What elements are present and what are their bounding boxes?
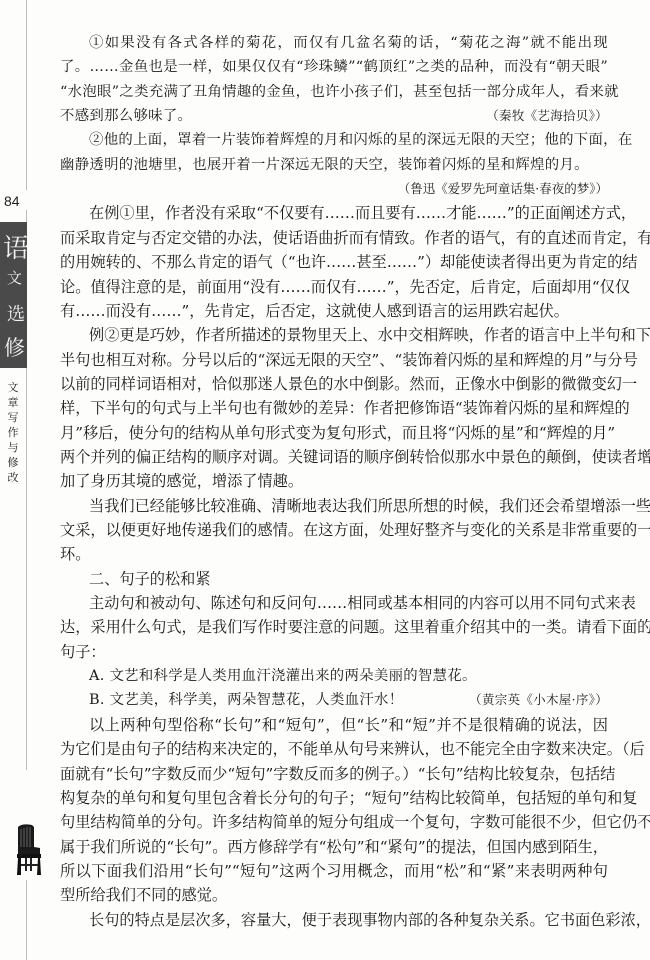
line-text: “水泡眼”之类充满了丑角情趣的金鱼，也许小孩子们，甚至包括一部分成年人，看来就	[60, 84, 619, 100]
margin-rule-top	[26, 0, 27, 190]
text-line: 长句的特点是层次多，容量大，便于表现事物内部的各种复杂关系。它书面色彩浓，	[60, 910, 608, 930]
subtitle-char: 改	[6, 470, 20, 485]
line-text: 面就有“长句”字数反而少“短句”字数反而多的例子。）“长句”结构比较复杂，包括结	[60, 765, 615, 783]
line-text: 当我们已经能够比较准确、清晰地表达我们所思所想的时候，我们还会希望增添一些	[89, 497, 650, 515]
citation: （黄宗英《小木屋·序》）	[469, 690, 608, 710]
text-line: 主动句和被动句、陈述句和反问句……相同或基本相同的内容可以用不同句式来表	[60, 593, 608, 613]
text-line: 文采，以便更好地传递我们的感情。在这方面，处理好整齐与变化的关系是非常重要的一	[60, 520, 608, 540]
chair-icon	[12, 823, 44, 877]
text-line: 达，采用什么句式，是我们写作时要注意的问题。这里着重介绍其中的一类。请看下面的	[60, 617, 608, 637]
line-text: 样，下半句的句式与上半句也有微妙的差异：作者把修饰语“装饰着闪烁的星和辉煌的	[60, 399, 630, 417]
book-title-char: 文	[7, 267, 22, 288]
line-text: 文采，以便更好地传递我们的感情。在这方面，处理好整齐与变化的关系是非常重要的一	[60, 521, 650, 539]
line-text: 为它们是由句子的结构来决定的，不能单从句号来辨认，也不能完全由字数来决定。（后	[60, 740, 645, 758]
line-text: 属于我们所说的“长句”。西方修辞学有“松句”和“紧句”的提法，但国内感到陌生，	[60, 838, 608, 856]
line-text: 了。……金鱼也是一样，如果仅仅有“珍珠鳞”“鹤顶红”之类的品种，而没有“朝天眼”	[60, 59, 608, 75]
text-line: 型所给我们不同的感觉。	[60, 885, 608, 905]
text-line: 构复杂的单句和复句里包含着长分句的句子；“短句”结构比较简单，包括短的单句和复	[60, 788, 608, 808]
line-text: 在例①里，作者没有采取“不仅要有……而且要有……才能……”的正面阐述方式，	[89, 204, 636, 222]
line-text: 月”移后，使分句的结构从单句形式变为复句形式，而且将“闪烁的星”和“辉煌的月”	[60, 424, 615, 442]
line-text: 环。	[60, 545, 90, 563]
line-text: 二、句子的松和紧	[89, 570, 211, 588]
line-text: 以前的同样词语相对，恰似那迷人景色的水中倒影。然而，正像水中倒影的微微变幻一	[60, 375, 637, 393]
text-line: 论。值得注意的是，前面用“没有……而仅有……”，先否定，后肯定，后面却用“仅仅	[60, 277, 608, 297]
line-text: 主动句和被动句、陈述句和反问句……相同或基本相同的内容可以用不同句式来表	[89, 594, 636, 612]
text-line: 当我们已经能够比较准确、清晰地表达我们所思所想的时候，我们还会希望增添一些	[60, 496, 608, 516]
line-text: 长句的特点是层次多，容量大，便于表现事物内部的各种复杂关系。它书面色彩浓，	[89, 911, 650, 929]
book-title-char: 语	[3, 228, 29, 265]
line-text: 的用婉转的、不那么肯定的语气（“也许……甚至……”）却能使读者得出更为肯定的结	[60, 253, 637, 271]
line-text: 构复杂的单句和复句里包含着长分句的句子；“短句”结构比较简单，包括短的单句和复	[60, 789, 637, 807]
line-text: 句子：	[60, 643, 106, 661]
text-line: 月”移后，使分句的结构从单句形式变为复句形式，而且将“闪烁的星”和“辉煌的月”	[60, 423, 608, 443]
text-line: 在例①里，作者没有采取“不仅要有……而且要有……才能……”的正面阐述方式，	[60, 203, 608, 223]
line-text: 例②更是巧妙，作者所描述的景物里天上、水中交相辉映，作者的语言中上半句和下	[89, 326, 650, 344]
page-number: 84	[4, 193, 20, 209]
line-text: ②他的上面，罩着一片装饰着辉煌的月和闪烁的星的深远无限的天空；他的下面，在	[89, 132, 633, 148]
text-line: B. 文艺美，科学美，两朵智慧花，人类血汗水！（黄宗英《小木屋·序》）	[60, 690, 608, 710]
text-line: 以前的同样词语相对，恰似那迷人景色的水中倒影。然而，正像水中倒影的微微变幻一	[60, 374, 608, 394]
line-text: 有……而没有……”，先肯定，后否定，这就使人感到语言的运用跌宕起伏。	[60, 302, 569, 320]
line-text: B. 文艺美，科学美，两朵智慧花，人类血汗水！	[89, 692, 403, 708]
text-line: 了。……金鱼也是一样，如果仅仅有“珍珠鳞”“鹤顶红”之类的品种，而没有“朝天眼”	[60, 57, 608, 77]
text-line: 的用婉转的、不那么肯定的语气（“也许……甚至……”）却能使读者得出更为肯定的结	[60, 252, 608, 272]
text-line: 例②更是巧妙，作者所描述的景物里天上、水中交相辉映，作者的语言中上半句和下	[60, 325, 608, 345]
text-line: ②他的上面，罩着一片装饰着辉煌的月和闪烁的星的深远无限的天空；他的下面，在	[60, 130, 608, 150]
text-line: 两个并列的偏正结构的顺序对调。关键词语的顺序倒转恰似那水中景色的颠倒，使读者增	[60, 447, 608, 467]
text-line: 句子：	[60, 642, 608, 662]
line-text: 半句也相互对称。分号以后的“深远无限的天空”、“装饰着闪烁的星和辉煌的月”与分号	[60, 351, 638, 369]
book-title-char: 修	[4, 332, 25, 362]
line-text: 加了身历其境的感觉，增添了情趣。	[60, 472, 303, 490]
citation: （秦牧《艺海拾贝》）	[486, 106, 608, 126]
line-text: 以上两种句型俗称“长句”和“短句”，但“长”和“短”并不是很精确的说法，因	[89, 716, 608, 734]
line-text: 达，采用什么句式，是我们写作时要注意的问题。这里着重介绍其中的一类。请看下面的	[60, 618, 650, 636]
subtitle-char: 与	[6, 440, 20, 455]
line-text: ①如果没有各式各样的菊花，而仅有几盆名菊的话，“菊花之海”就不能出现	[89, 35, 608, 51]
text-line: 不感到那么够味了。（秦牧《艺海拾贝》）	[60, 106, 608, 126]
text-line: 加了身历其境的感觉，增添了情趣。	[60, 471, 608, 491]
text-line: 句里结构简单的分句。许多结构简单的短分句组成一个复句，字数可能很不少，但它仍不	[60, 812, 608, 832]
text-line: 所以下面我们沿用“长句”“短句”这两个习用概念，而用“松”和“紧”来表明两种句	[60, 861, 608, 881]
section-subtitle-vertical: 文 章 写 作 与 修 改	[6, 380, 20, 485]
subtitle-char: 写	[6, 410, 20, 425]
text-line: 幽静透明的池塘里，也展开着一片深远无限的天空，装饰着闪烁的星和辉煌的月。	[60, 155, 608, 175]
line-text: 所以下面我们沿用“长句”“短句”这两个习用概念，而用“松”和“紧”来表明两种句	[60, 862, 608, 880]
text-line: 为它们是由句子的结构来决定的，不能单从句号来辨认，也不能完全由字数来决定。（后	[60, 739, 608, 759]
text-line: 面就有“长句”字数反而少“短句”字数反而多的例子。）“长句”结构比较复杂，包括结	[60, 764, 608, 784]
line-text: 论。值得注意的是，前面用“没有……而仅有……”，先否定，后肯定，后面却用“仅仅	[60, 278, 630, 296]
line-text: 不感到那么够味了。	[60, 108, 192, 124]
subtitle-char: 文	[6, 380, 20, 395]
line-text: 型所给我们不同的感觉。	[60, 886, 227, 904]
line-text: 幽静透明的池塘里，也展开着一片深远无限的天空，装饰着闪烁的星和辉煌的月。	[60, 157, 589, 173]
citation-line: （鲁迅《爱罗先珂童话集·春夜的梦》）	[60, 179, 608, 199]
text-line: 环。	[60, 544, 608, 564]
text-line: 样，下半句的句式与上半句也有微妙的差异：作者把修饰语“装饰着闪烁的星和辉煌的	[60, 398, 608, 418]
text-line: ①如果没有各式各样的菊花，而仅有几盆名菊的话，“菊花之海”就不能出现	[60, 33, 608, 53]
subtitle-char: 章	[6, 395, 20, 410]
text-line: 而采取肯定与否定交错的办法，使话语曲折而有情致。作者的语气，有的直述而肯定，有	[60, 228, 608, 248]
text-line: “水泡眼”之类充满了丑角情趣的金鱼，也许小孩子们，甚至包括一部分成年人，看来就	[60, 82, 608, 102]
line-text: A. 文艺和科学是人类用血汗浇灌出来的两朵美丽的智慧花。	[89, 668, 477, 684]
line-text: 两个并列的偏正结构的顺序对调。关键词语的顺序倒转恰似那水中景色的颠倒，使读者增	[60, 448, 650, 466]
line-text: 而采取肯定与否定交错的办法，使话语曲折而有情致。作者的语气，有的直述而肯定，有	[60, 229, 650, 247]
subtitle-char: 修	[6, 455, 20, 470]
margin-rule-bottom	[26, 880, 27, 960]
text-line: 二、句子的松和紧	[60, 569, 608, 589]
text-line: 半句也相互对称。分号以后的“深远无限的天空”、“装饰着闪烁的星和辉煌的月”与分号	[60, 350, 608, 370]
subtitle-char: 作	[6, 425, 20, 440]
textbook-page: 84 语 文 选 修 文 章 写 作 与 修 改 ①如果没有各式各样的菊花，而仅…	[0, 0, 650, 960]
text-line: 有……而没有……”，先肯定，后否定，这就使人感到语言的运用跌宕起伏。	[60, 301, 608, 321]
text-line: A. 文艺和科学是人类用血汗浇灌出来的两朵美丽的智慧花。	[60, 666, 608, 686]
book-title-char: 选	[7, 300, 25, 326]
text-line: 属于我们所说的“长句”。西方修辞学有“松句”和“紧句”的提法，但国内感到陌生，	[60, 837, 608, 857]
book-title-tab: 语 文 选 修	[0, 222, 27, 368]
text-line: 以上两种句型俗称“长句”和“短句”，但“长”和“短”并不是很精确的说法，因	[60, 715, 608, 735]
line-text: 句里结构简单的分句。许多结构简单的短分句组成一个复句，字数可能很不少，但它仍不	[60, 813, 650, 831]
